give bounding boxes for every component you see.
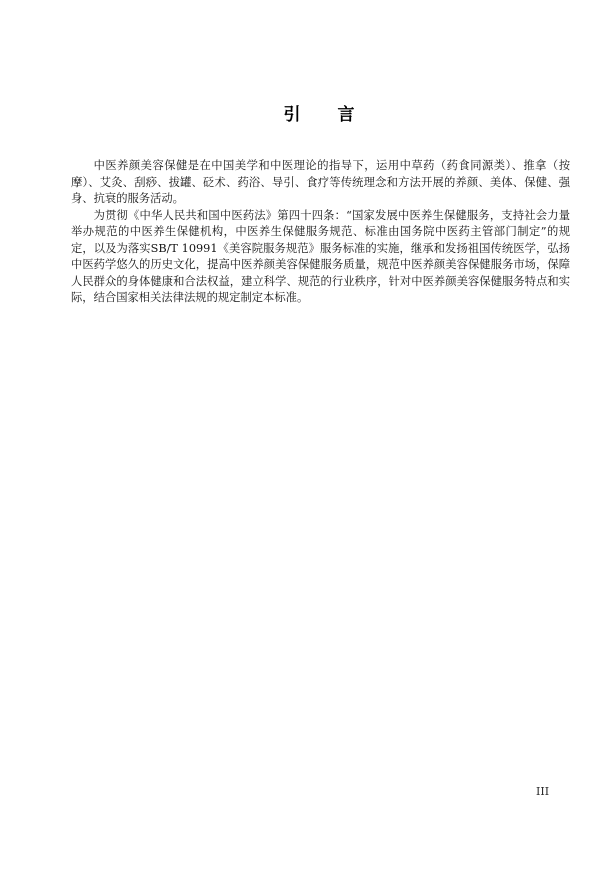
- paragraph: 为贯彻《中华人民共和国中医药法》第四十四条：“国家发展中医养生保健服务，支持社会…: [71, 208, 570, 307]
- document-body: 中医养颜美容保健是在中国美学和中医理论的指导下，运用中草药（药食同源类）、推拿（…: [71, 158, 570, 307]
- page-title: 引 言: [71, 105, 568, 125]
- paragraph: 中医养颜美容保健是在中国美学和中医理论的指导下，运用中草药（药食同源类）、推拿（…: [71, 158, 570, 208]
- document-page: 引 言 中医养颜美容保健是在中国美学和中医理论的指导下，运用中草药（药食同源类）…: [0, 0, 616, 869]
- page-number: III: [536, 786, 549, 798]
